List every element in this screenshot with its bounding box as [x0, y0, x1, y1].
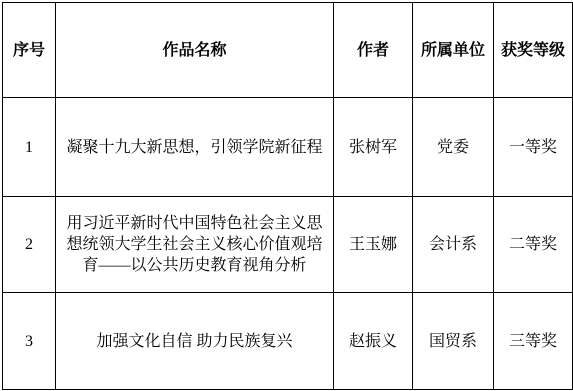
- row-1-author: 张树军: [334, 98, 413, 197]
- row-1-title: 凝聚十九大新思想，引领学院新征程: [56, 98, 334, 197]
- row-2-title: 用习近平新时代中国特色社会主义思想统领大学生社会主义核心价值观培育——以公共历史…: [56, 197, 334, 293]
- awards-table: 序号 作品名称 作者 所属单位 获奖等级 1 凝聚十九大新思想，引领学院新征程 …: [2, 2, 573, 390]
- row-1-unit: 党委: [413, 98, 494, 197]
- table-row: 3 加强文化自信 助力民族复兴 赵振义 国贸系 三等奖: [3, 293, 573, 390]
- row-2-author: 王玉娜: [334, 197, 413, 293]
- header-title: 作品名称: [56, 3, 334, 98]
- row-1-index: 1: [3, 98, 56, 197]
- table-header-row: 序号 作品名称 作者 所属单位 获奖等级: [3, 3, 573, 98]
- row-2-unit: 会计系: [413, 197, 494, 293]
- header-unit: 所属单位: [413, 3, 494, 98]
- row-3-unit: 国贸系: [413, 293, 494, 390]
- row-1-award: 一等奖: [494, 98, 573, 197]
- header-index: 序号: [3, 3, 56, 98]
- table-row: 1 凝聚十九大新思想，引领学院新征程 张树军 党委 一等奖: [3, 98, 573, 197]
- row-3-author: 赵振义: [334, 293, 413, 390]
- row-3-title: 加强文化自信 助力民族复兴: [56, 293, 334, 390]
- row-3-award: 三等奖: [494, 293, 573, 390]
- header-author: 作者: [334, 3, 413, 98]
- row-2-award: 二等奖: [494, 197, 573, 293]
- table-row: 2 用习近平新时代中国特色社会主义思想统领大学生社会主义核心价值观培育——以公共…: [3, 197, 573, 293]
- row-3-index: 3: [3, 293, 56, 390]
- header-award: 获奖等级: [494, 3, 573, 98]
- document-page: 序号 作品名称 作者 所属单位 获奖等级 1 凝聚十九大新思想，引领学院新征程 …: [0, 0, 573, 390]
- row-2-index: 2: [3, 197, 56, 293]
